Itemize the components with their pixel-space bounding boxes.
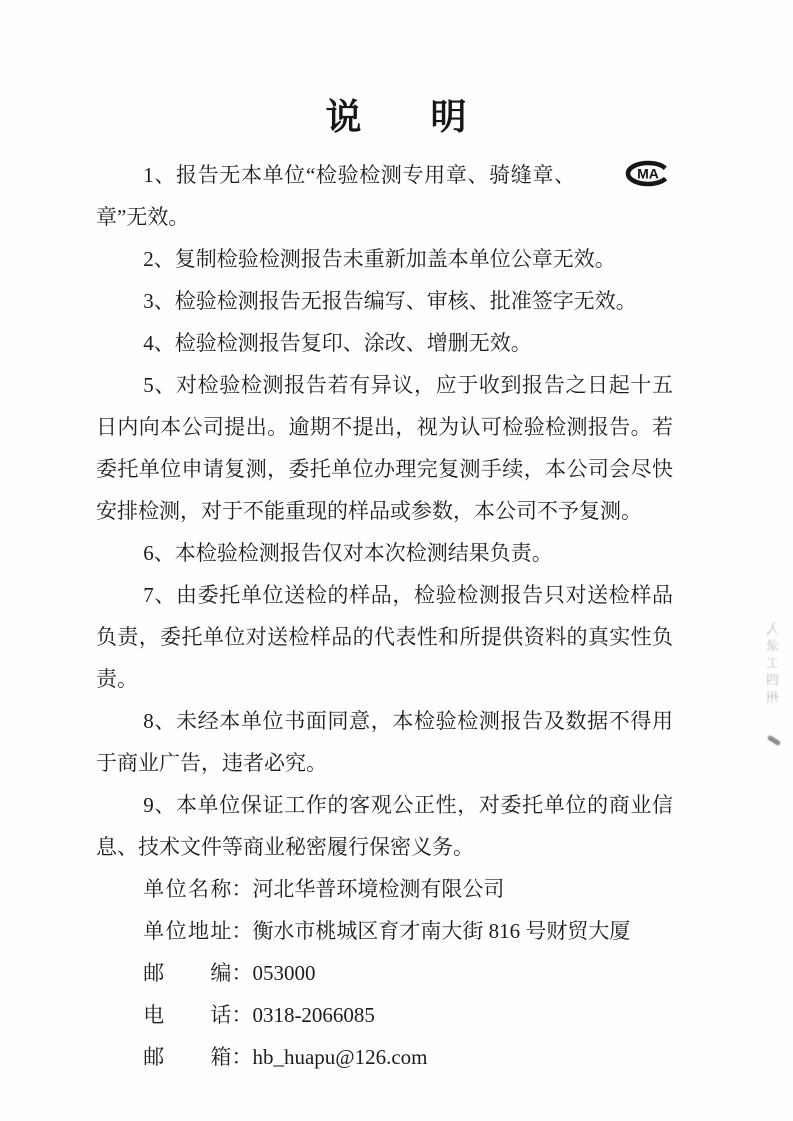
page-title: 说 明	[0, 97, 793, 138]
contact-row-company-name: 单位名称：河北华普环境检测有限公司	[96, 868, 673, 910]
contact-row-address: 单位地址：衡水市桃城区育才南大街 816 号财贸大厦	[96, 910, 673, 952]
note-item-6: 6、本检验检测报告仅对本次检测结果负责。	[96, 532, 673, 574]
colon: ：	[231, 919, 252, 943]
note-item-8: 8、未经本单位书面同意，本检验检测报告及数据不得用于商业广告，违者必究。	[96, 700, 673, 784]
note-item-1: 1、报告无本单位“检验检测专用章、骑缝章、MA章”无效。	[96, 154, 673, 238]
cma-stamp-icon: MA	[578, 160, 671, 187]
scan-artifact-smudge	[767, 735, 782, 747]
phone-value: 0318-2066085	[252, 1003, 375, 1027]
email-value: hb_huapu@126.com	[252, 1045, 427, 1069]
colon: ：	[231, 1045, 252, 1069]
note-item-5: 5、对检验检测报告若有异议，应于收到报告之日起十五日内向本公司提出。逾期不提出，…	[96, 364, 673, 532]
contact-row-email: 邮箱：hb_huapu@126.com	[96, 1036, 673, 1078]
address-label: 单位地址	[143, 910, 231, 952]
notes-section: 1、报告无本单位“检验检测专用章、骑缝章、MA章”无效。 2、复制检验检测报告未…	[96, 154, 673, 1078]
colon: ：	[231, 877, 252, 901]
phone-label: 电话	[143, 994, 231, 1036]
contact-row-phone: 电话：0318-2066085	[96, 994, 673, 1036]
note-item-9: 9、本单位保证工作的客观公正性，对委托单位的商业信息、技术文件等商业秘密履行保密…	[96, 784, 673, 868]
note-item-4: 4、检验检测报告复印、涂改、增删无效。	[96, 322, 673, 364]
address-value: 衡水市桃城区育才南大街 816 号财贸大厦	[252, 919, 630, 943]
cma-stamp-letters: MA	[637, 166, 659, 182]
scanned-document-page: 说 明 1、报告无本单位“检验检测专用章、骑缝章、MA章”无效。 2、复制检验检…	[0, 0, 793, 1121]
postal-code-label: 邮编	[143, 952, 231, 994]
note-item-7: 7、由委托单位送检的样品，检验检测报告只对送检样品负责，委托单位对送检样品的代表…	[96, 574, 673, 700]
scan-artifact-bleed-through: 入录工四州	[764, 622, 783, 722]
contact-row-postal-code: 邮编：053000	[96, 952, 673, 994]
company-name-label: 单位名称	[143, 868, 231, 910]
email-label: 邮箱	[143, 1036, 231, 1078]
company-name-value: 河北华普环境检测有限公司	[252, 877, 504, 901]
colon: ：	[231, 961, 252, 985]
note-item-3: 3、检验检测报告无报告编写、审核、批准签字无效。	[96, 280, 673, 322]
note-item-1-text-post: 章”无效。	[96, 205, 189, 229]
note-item-2: 2、复制检验检测报告未重新加盖本单位公章无效。	[96, 238, 673, 280]
postal-code-value: 053000	[252, 961, 315, 985]
colon: ：	[231, 1003, 252, 1027]
contact-section: 单位名称：河北华普环境检测有限公司 单位地址：衡水市桃城区育才南大街 816 号…	[96, 868, 673, 1078]
note-item-1-text-pre: 1、报告无本单位“检验检测专用章、骑缝章、	[143, 163, 576, 187]
